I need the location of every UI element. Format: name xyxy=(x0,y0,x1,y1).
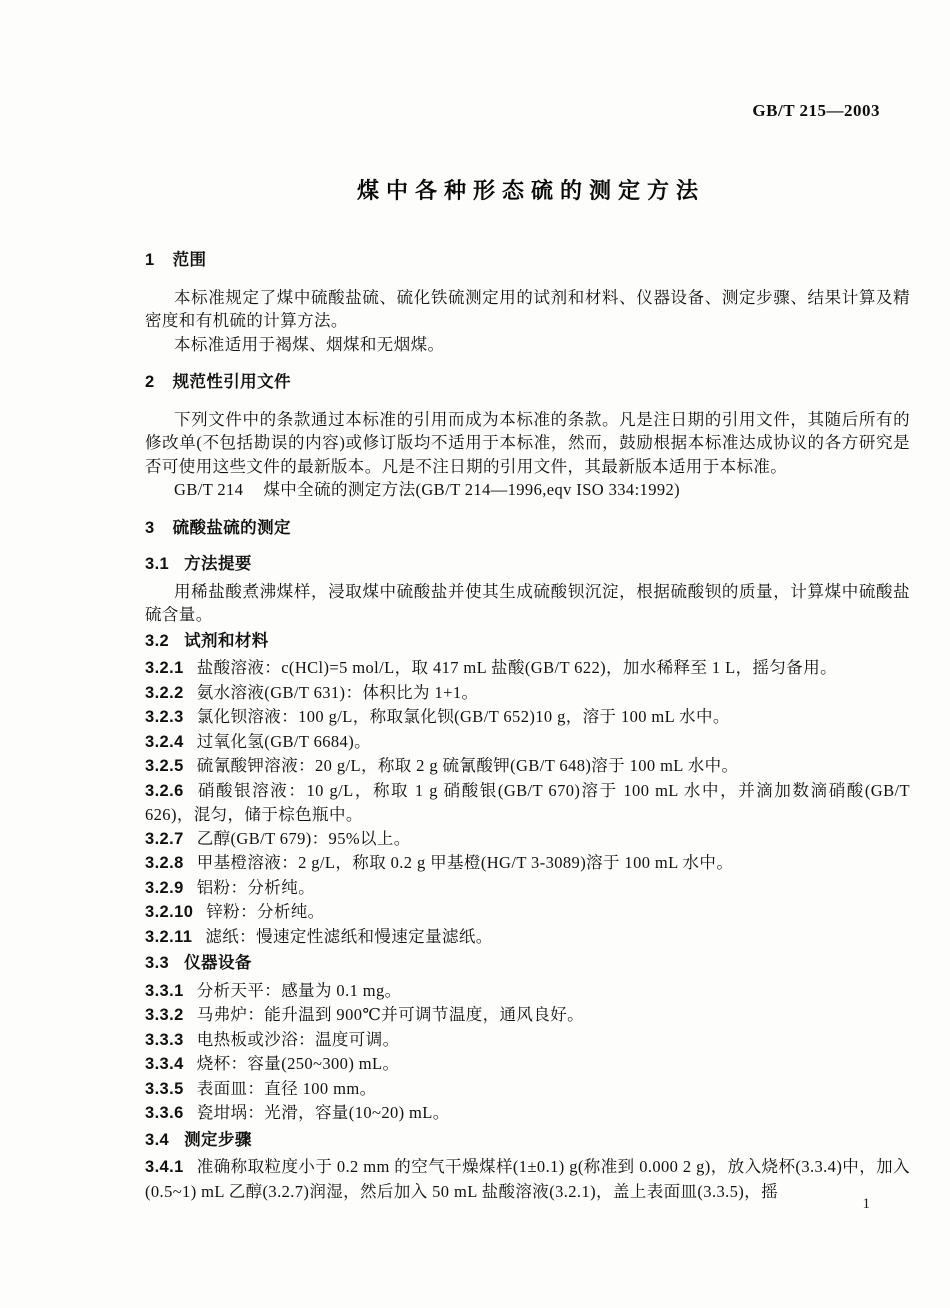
section-heading: 1范围 xyxy=(145,249,910,273)
clause-number: 3.2.5 xyxy=(145,757,184,775)
clause-number: 3.1 xyxy=(145,555,169,573)
clause-number: 3.2.3 xyxy=(145,708,184,726)
clause-item: 3.2.10锌粉：分析纯。 xyxy=(145,900,910,925)
clause-item: 3.2.9铝粉：分析纯。 xyxy=(145,876,910,901)
clause-number: 3.2.11 xyxy=(145,928,192,946)
clause-item: 3.2.3氯化钡溶液：100 g/L，称取氯化钡(GB/T 652)10 g，溶… xyxy=(145,705,910,730)
clause-number: 3.4 xyxy=(145,1131,169,1149)
heading-text: 硫酸盐硫的测定 xyxy=(173,519,291,537)
body-text: 铝粉：分析纯。 xyxy=(197,878,315,897)
clause-heading: 3.2试剂和材料 xyxy=(145,630,910,654)
document-page: GB/T 215—2003 煤中各种形态硫的测定方法 1范围本标准规定了煤中硫酸… xyxy=(0,0,950,1308)
heading-text: 试剂和材料 xyxy=(184,632,269,650)
body-text: 硫氰酸钾溶液：20 g/L，称取 2 g 硫氰酸钾(GB/T 648)溶于 10… xyxy=(197,756,739,775)
clause-item: 3.3.1分析天平：感量为 0.1 mg。 xyxy=(145,979,910,1004)
clause-item: 3.3.4烧杯：容量(250~300) mL。 xyxy=(145,1052,910,1077)
clause-heading: 3.1方法提要 xyxy=(145,553,910,577)
clause-number: 3.2 xyxy=(145,632,169,650)
paragraph: 下列文件中的条款通过本标准的引用而成为本标准的条款。凡是注日期的引用文件，其随后… xyxy=(145,408,910,479)
body-text: 马弗炉：能升温到 900℃并可调节温度，通风良好。 xyxy=(197,1005,584,1024)
clause-item: 3.3.5表面皿：直径 100 mm。 xyxy=(145,1077,910,1102)
body-text: 硝酸银溶液：10 g/L，称取 1 g 硝酸银(GB/T 670)溶于 100 … xyxy=(145,781,910,825)
heading-text: 方法提要 xyxy=(184,555,252,573)
clause-number: 3.4.1 xyxy=(145,1158,184,1176)
body-text: 电热板或沙浴：温度可调。 xyxy=(197,1030,400,1049)
section-heading: 3硫酸盐硫的测定 xyxy=(145,517,910,541)
body-text: 滤纸：慢速定性滤纸和慢速定量滤纸。 xyxy=(205,927,492,946)
body-text: 本标准规定了煤中硫酸盐硫、硫化铁硫测定用的试剂和材料、仪器设备、测定步骤、结果计… xyxy=(145,288,910,331)
clause-item: 3.2.7乙醇(GB/T 679)：95%以上。 xyxy=(145,827,910,852)
body-text: 表面皿：直径 100 mm。 xyxy=(197,1079,377,1098)
clause-item: 3.3.6瓷坩埚：光滑，容量(10~20) mL。 xyxy=(145,1101,910,1126)
paragraph: 本标准适用于褐煤、烟煤和无烟煤。 xyxy=(145,333,910,357)
clause-heading: 3.4测定步骤 xyxy=(145,1129,910,1153)
clause-number: 3.3.2 xyxy=(145,1006,184,1024)
paragraph: 本标准规定了煤中硫酸盐硫、硫化铁硫测定用的试剂和材料、仪器设备、测定步骤、结果计… xyxy=(145,286,910,333)
clause-number: 3.2.10 xyxy=(145,903,193,921)
clause-number: 3.3.5 xyxy=(145,1080,184,1098)
body-text: 锌粉：分析纯。 xyxy=(206,902,324,921)
clause-item: 3.4.1准确称取粒度小于 0.2 mm 的空气干燥煤样(1±0.1) g(称准… xyxy=(145,1155,910,1203)
section-heading: 2规范性引用文件 xyxy=(145,371,910,395)
reference-entry: GB/T 214煤中全硫的测定方法(GB/T 214—1996,eqv ISO … xyxy=(145,478,910,502)
clause-number: 3.2.7 xyxy=(145,830,184,848)
clause-item: 3.2.8甲基橙溶液：2 g/L，称取 0.2 g 甲基橙(HG/T 3-308… xyxy=(145,851,910,876)
heading-text: 范围 xyxy=(173,251,207,269)
clause-item: 3.2.4过氧化氢(GB/T 6684)。 xyxy=(145,730,910,755)
clause-item: 3.2.5硫氰酸钾溶液：20 g/L，称取 2 g 硫氰酸钾(GB/T 648)… xyxy=(145,754,910,779)
body-text: 盐酸溶液：c(HCl)=5 mol/L，取 417 mL 盐酸(GB/T 622… xyxy=(197,658,837,677)
clause-number: 3.3.4 xyxy=(145,1055,184,1073)
clause-number: 3.2.1 xyxy=(145,659,184,677)
clause-number: 3.3 xyxy=(145,954,169,972)
body-text: 过氧化氢(GB/T 6684)。 xyxy=(197,732,371,751)
clause-number: 3 xyxy=(145,519,155,537)
clause-number: 3.2.2 xyxy=(145,684,184,702)
body-text: 氨水溶液(GB/T 631)：体积比为 1+1。 xyxy=(197,683,479,702)
body-text: 瓷坩埚：光滑，容量(10~20) mL。 xyxy=(197,1103,450,1122)
body-text: 本标准适用于褐煤、烟煤和无烟煤。 xyxy=(174,335,444,354)
clause-heading: 3.3仪器设备 xyxy=(145,952,910,976)
body-text: 下列文件中的条款通过本标准的引用而成为本标准的条款。凡是注日期的引用文件，其随后… xyxy=(145,410,910,476)
paragraph: 用稀盐酸煮沸煤样，浸取煤中硫酸盐并使其生成硫酸钡沉淀，根据硫酸钡的质量，计算煤中… xyxy=(145,580,910,627)
body-text: 准确称取粒度小于 0.2 mm 的空气干燥煤样(1±0.1) g(称准到 0.0… xyxy=(145,1157,910,1201)
heading-text: 仪器设备 xyxy=(184,954,252,972)
body-text: 烧杯：容量(250~300) mL。 xyxy=(197,1054,400,1073)
clause-item: 3.2.2氨水溶液(GB/T 631)：体积比为 1+1。 xyxy=(145,681,910,706)
clause-number: 3.2.9 xyxy=(145,879,184,897)
clause-number: 2 xyxy=(145,373,155,391)
clause-number: 1 xyxy=(145,251,155,269)
reference-number: GB/T 214 xyxy=(174,480,243,499)
clause-number: 3.2.6 xyxy=(145,782,184,800)
page-number: 1 xyxy=(863,1196,871,1213)
clause-number: 3.2.4 xyxy=(145,733,184,751)
clause-item: 3.3.2马弗炉：能升温到 900℃并可调节温度，通风良好。 xyxy=(145,1003,910,1028)
heading-text: 测定步骤 xyxy=(184,1131,252,1149)
standard-number: GB/T 215—2003 xyxy=(752,101,880,121)
clause-item: 3.2.6硝酸银溶液：10 g/L，称取 1 g 硝酸银(GB/T 670)溶于… xyxy=(145,779,910,827)
clause-item: 3.3.3电热板或沙浴：温度可调。 xyxy=(145,1028,910,1053)
clause-item: 3.2.1盐酸溶液：c(HCl)=5 mol/L，取 417 mL 盐酸(GB/… xyxy=(145,656,910,681)
heading-text: 规范性引用文件 xyxy=(173,373,291,391)
clause-item: 3.2.11滤纸：慢速定性滤纸和慢速定量滤纸。 xyxy=(145,925,910,950)
body-text: 氯化钡溶液：100 g/L，称取氯化钡(GB/T 652)10 g，溶于 100… xyxy=(197,707,730,726)
clause-number: 3.3.6 xyxy=(145,1104,184,1122)
body-text: 乙醇(GB/T 679)：95%以上。 xyxy=(197,829,411,848)
body-text: 甲基橙溶液：2 g/L，称取 0.2 g 甲基橙(HG/T 3-3089)溶于 … xyxy=(197,853,734,872)
body-text: 煤中全硫的测定方法(GB/T 214—1996,eqv ISO 334:1992… xyxy=(263,480,680,499)
document-body: 1范围本标准规定了煤中硫酸盐硫、硫化铁硫测定用的试剂和材料、仪器设备、测定步骤、… xyxy=(145,249,910,1203)
clause-number: 3.2.8 xyxy=(145,854,184,872)
clause-number: 3.3.1 xyxy=(145,982,184,1000)
clause-number: 3.3.3 xyxy=(145,1031,184,1049)
document-title: 煤中各种形态硫的测定方法 xyxy=(145,174,910,205)
body-text: 分析天平：感量为 0.1 mg。 xyxy=(197,981,402,1000)
body-text: 用稀盐酸煮沸煤样，浸取煤中硫酸盐并使其生成硫酸钡沉淀，根据硫酸钡的质量，计算煤中… xyxy=(145,582,910,625)
